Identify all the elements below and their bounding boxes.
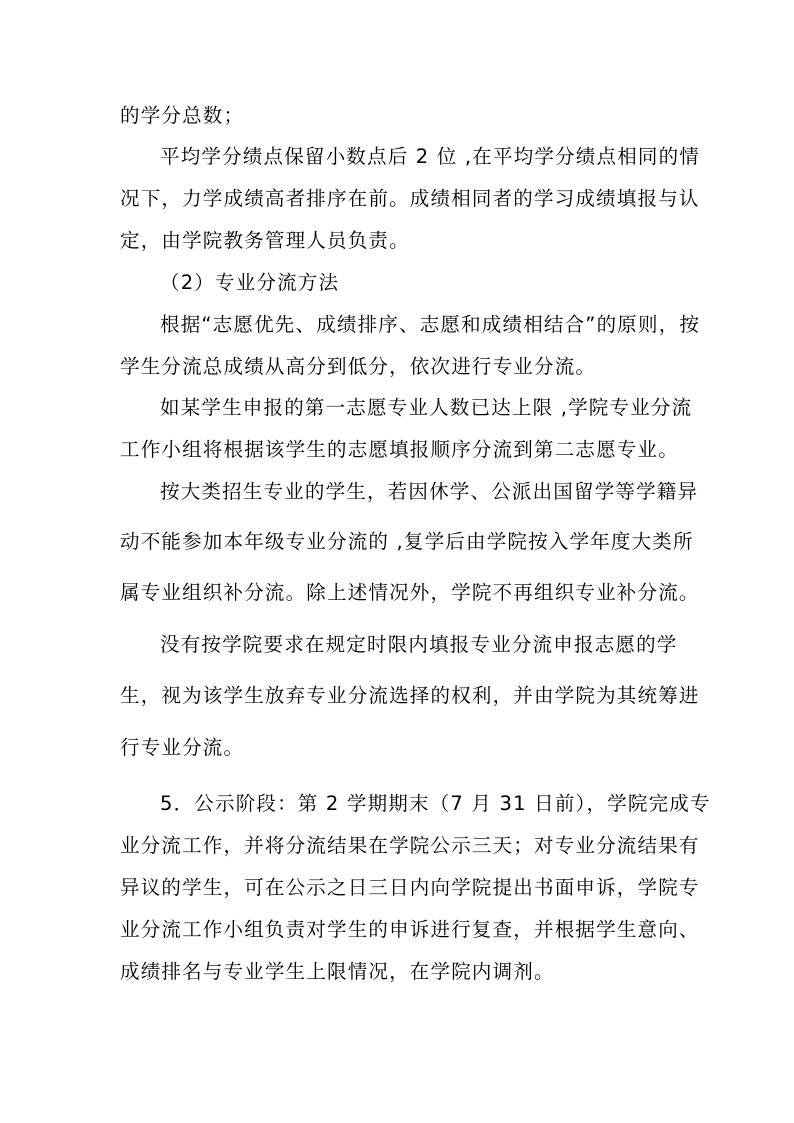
text-line: 业分流工作小组负责对学生的申诉进行复查，并根据学生意向、 bbox=[120, 918, 700, 942]
text-line: 工作小组将根据该学生的志愿填报顺序分流到第二志愿专业。 bbox=[120, 438, 679, 462]
text-line: 平均学分绩点保留小数点后 2 位 ,在平均学分绩点相同的情 bbox=[160, 145, 700, 169]
section-heading: （2）专业分流方法 bbox=[160, 271, 339, 295]
text-line: 况下，力学成绩高者排序在前。成绩相同者的学习成绩填报与认 bbox=[120, 187, 700, 211]
text-line: 根据“志愿优先、成绩排序、志愿和成绩相结合”的原则，按 bbox=[160, 313, 700, 337]
text-line: 的学分总数； bbox=[120, 104, 244, 128]
text-line: 异议的学生，可在公示之日三日内向学院提出书面申诉，学院专 bbox=[120, 876, 700, 900]
section-heading: 5．公示阶段：第 2 学期期末（7 月 31 日前），学院完成专 bbox=[160, 792, 711, 816]
text-line: 没有按学院要求在规定时限内填报专业分流申报志愿的学 bbox=[160, 633, 678, 657]
text-line: 定，由学院教务管理人员负责。 bbox=[120, 229, 410, 253]
text-line: 按大类招生专业的学生，若因休学、公派出国留学等学籍异 bbox=[160, 480, 698, 504]
text-line: 成绩排名与专业学生上限情况，在学院内调剂。 bbox=[120, 960, 555, 984]
text-line: 如某学生申报的第一志愿专业人数已达上限 ,学院专业分流 bbox=[160, 396, 692, 420]
text-line: 业分流工作，并将分流结果在学院公示三天；对专业分流结果有 bbox=[120, 834, 700, 858]
text-line: 动不能参加本年级专业分流的 ,复学后由学院按入学年度大类所 bbox=[120, 530, 694, 554]
text-line: 属专业组织补分流。除上述情况外，学院不再组织专业补分流。 bbox=[120, 581, 700, 605]
text-line: 生，视为该学生放弃专业分流选择的权利，并由学院为其统筹进 bbox=[120, 684, 700, 708]
text-line: 学生分流总成绩从高分到低分，依次进行专业分流。 bbox=[120, 355, 596, 379]
text-line: 行专业分流。 bbox=[120, 736, 244, 760]
